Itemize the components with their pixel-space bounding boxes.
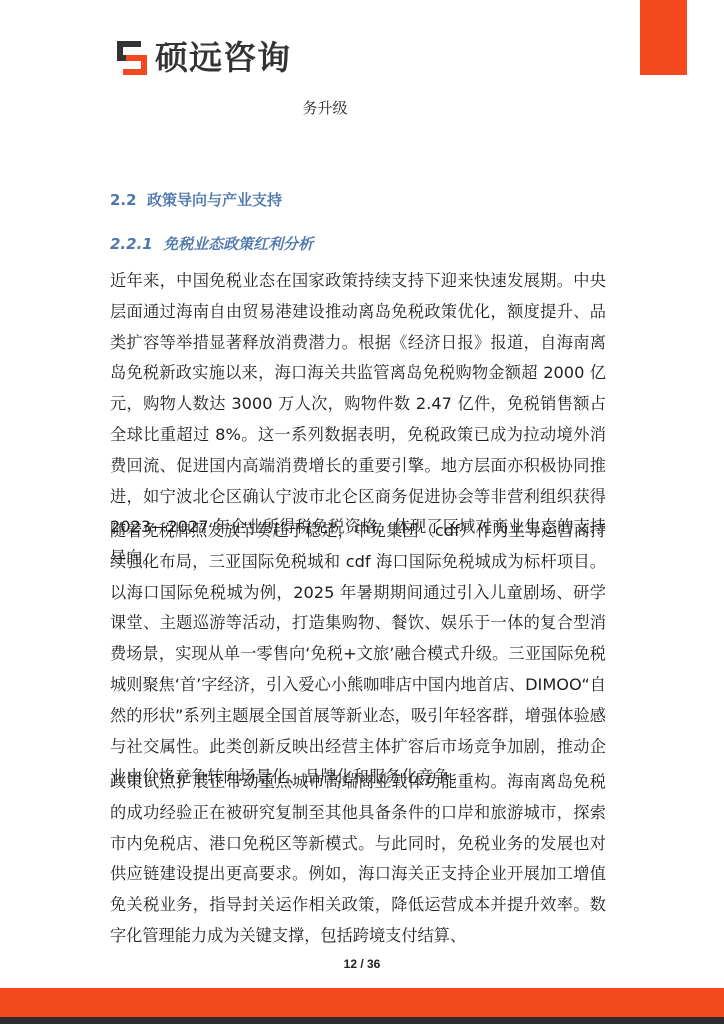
brand-name: 硕远咨询: [155, 38, 291, 78]
brand-logo: 硕远咨询: [117, 38, 291, 78]
subsection-heading: 2.2.1 免税业态政策红利分析: [110, 233, 313, 254]
body-paragraph-3: 政策试点扩展正带动重点城市高端商业载体功能重构。海南离岛免税的成功经验正在被研究…: [110, 767, 606, 952]
running-header-text: 务升级: [0, 97, 650, 118]
footer-accent-bar: [0, 988, 724, 1017]
footer-base-bar: [0, 1017, 724, 1024]
header-accent-tab: [640, 0, 687, 75]
page-number: 12 / 36: [0, 957, 724, 971]
body-paragraph-2: 随着免税牌照发放节奏趋于稳定，中免集团（cdf）作为主导运营商持续强化布局，三亚…: [110, 516, 606, 793]
section-heading: 2.2 政策导向与产业支持: [110, 189, 282, 210]
logo-mark-icon: [117, 41, 147, 75]
